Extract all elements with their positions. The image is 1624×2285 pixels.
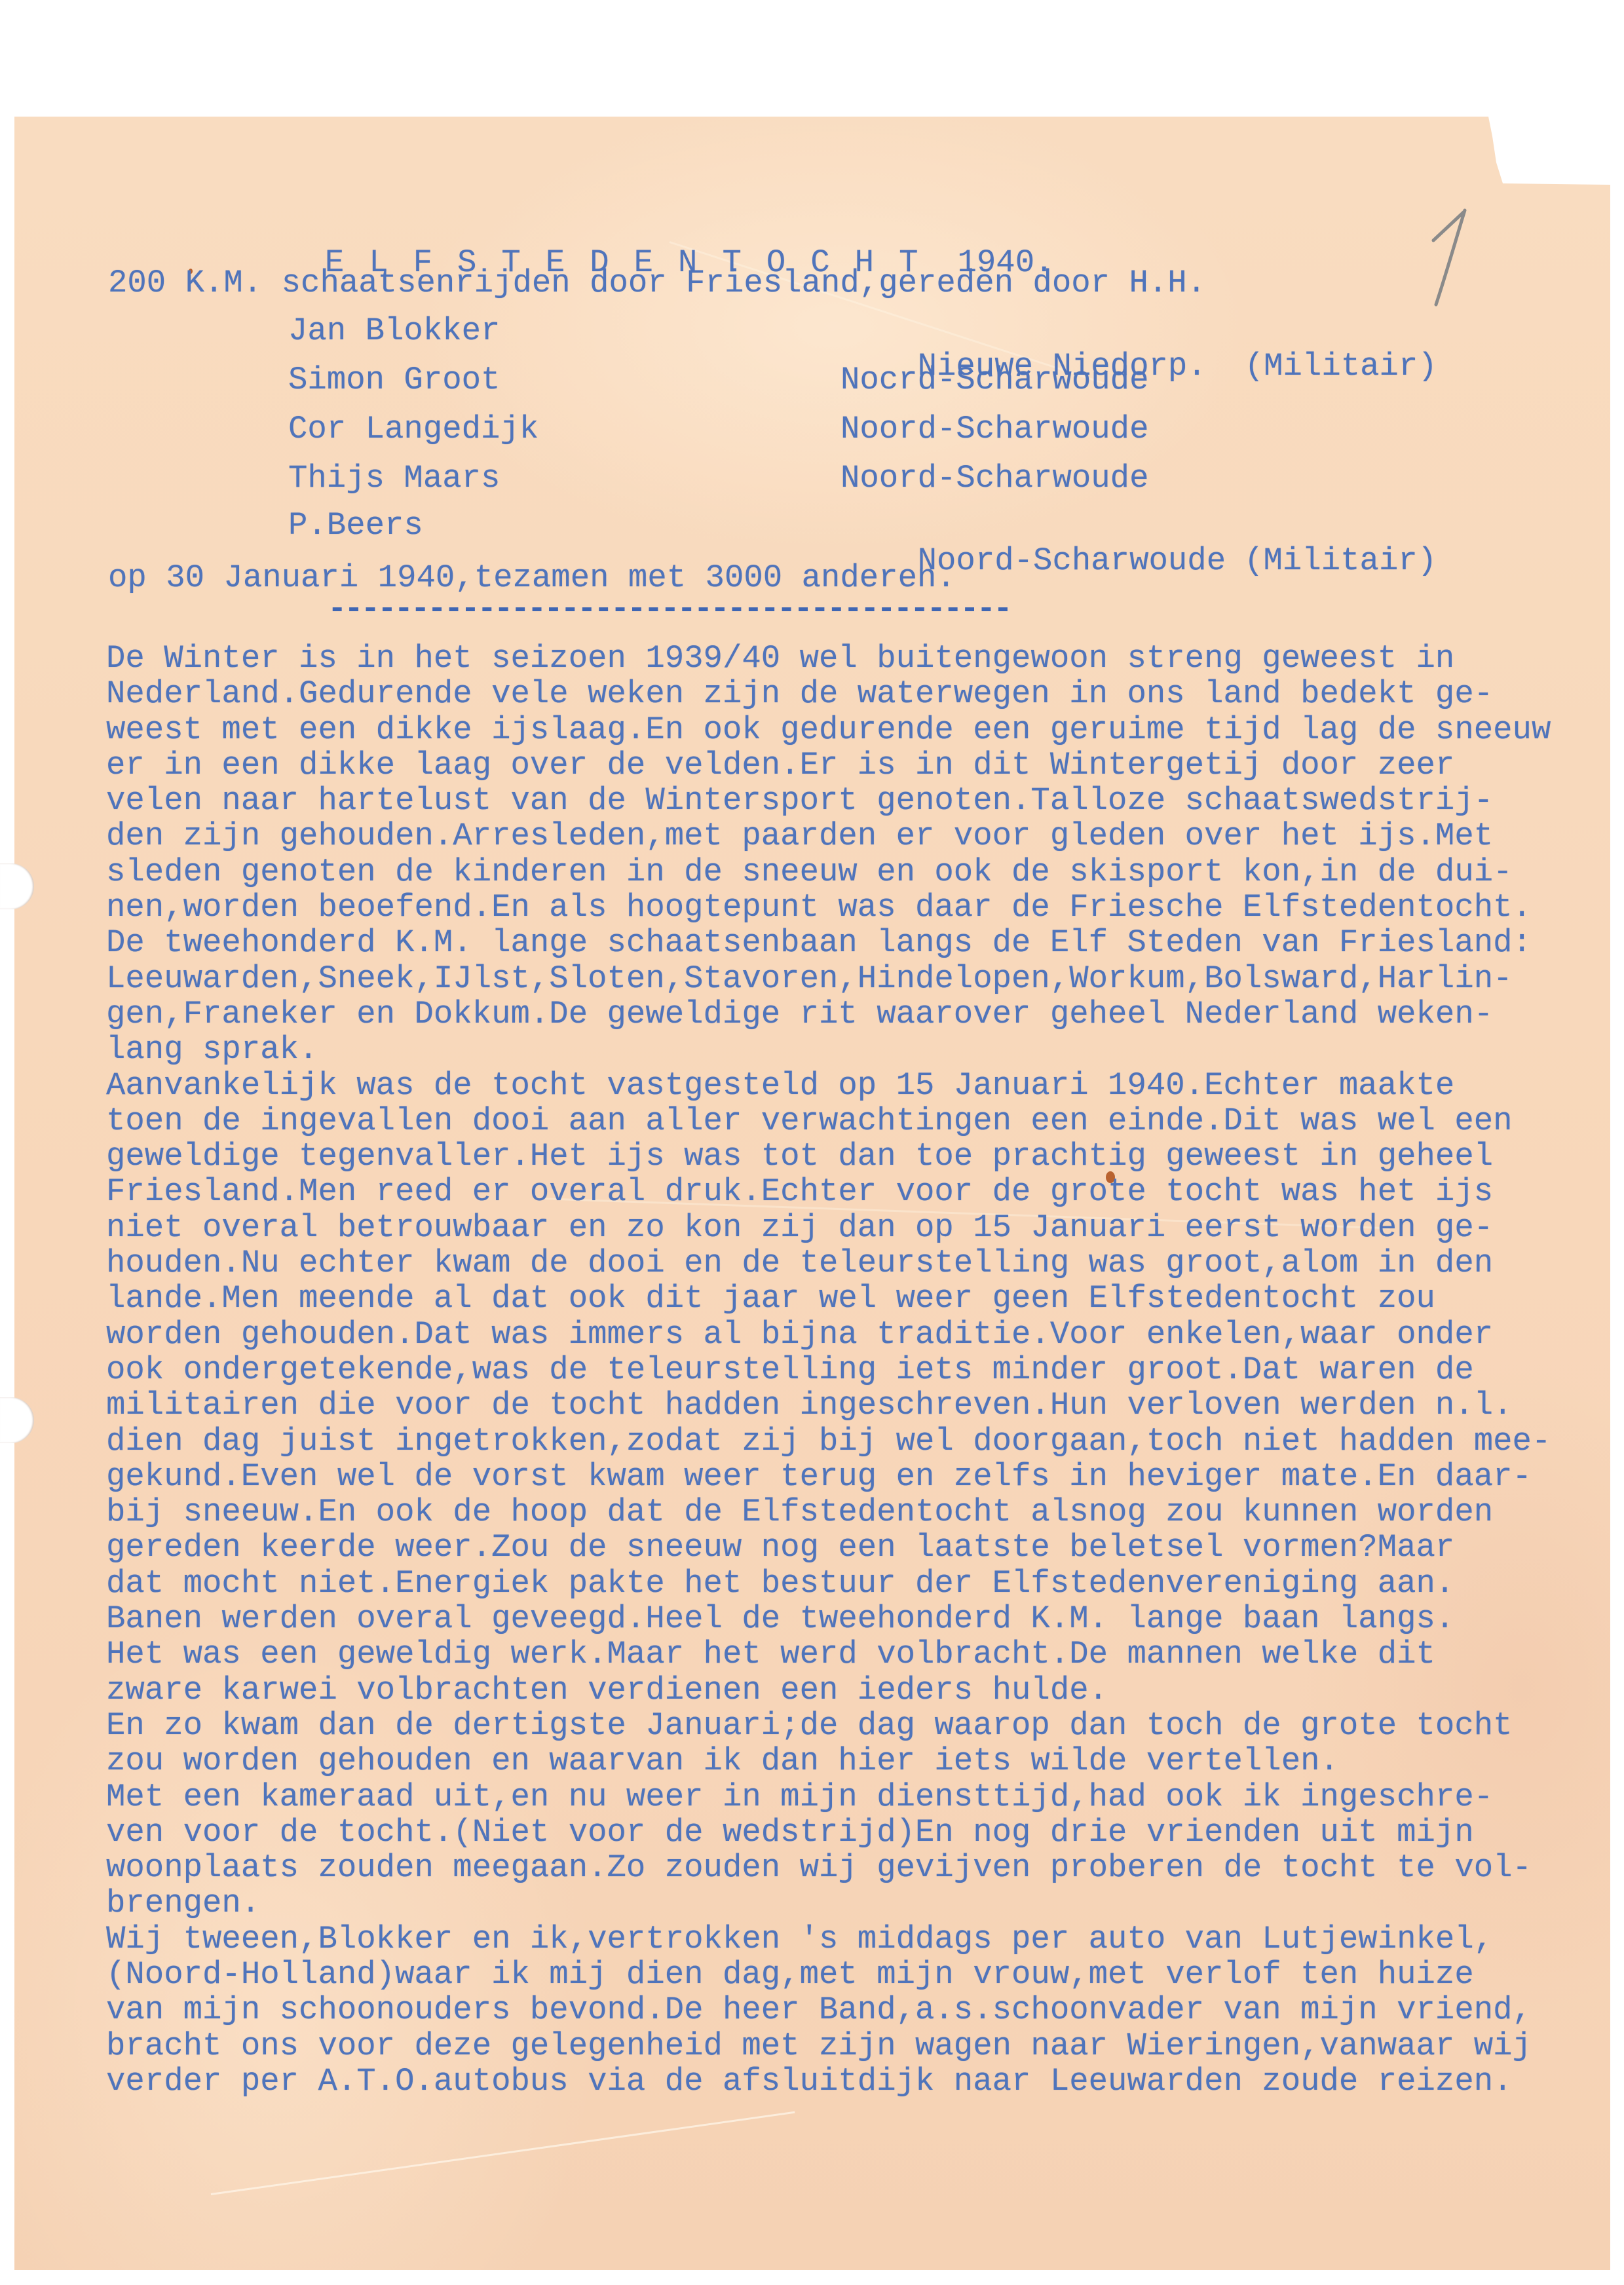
text-line: zou worden gehouden en waarvan ik dan hi… bbox=[106, 1743, 1551, 1779]
text-line: geweldige tegenvaller.Het ijs was tot da… bbox=[106, 1139, 1551, 1174]
text-line: De tweehonderd K.M. lange schaatsenbaan … bbox=[106, 925, 1551, 960]
participant-name: Simon Groot bbox=[288, 362, 500, 398]
participant-name: Thijs Maars bbox=[288, 461, 500, 496]
text-line: De Winter is in het seizoen 1939/40 wel … bbox=[106, 641, 1551, 676]
text-line: (Noord-Holland)waar ik mij dien dag,met … bbox=[106, 1957, 1551, 1992]
text-line: velen naar hartelust van de Wintersport … bbox=[106, 783, 1551, 818]
text-line: verder per A.T.O.autobus via de afsluitd… bbox=[106, 2064, 1551, 2099]
text-line: van mijn schoonouders bevond.De heer Ban… bbox=[106, 1992, 1551, 2028]
participant-name: Jan Blokker bbox=[288, 313, 500, 349]
town: Noord-Scharwoude bbox=[918, 542, 1226, 579]
typed-separator: ----------------------------------------… bbox=[328, 592, 1010, 627]
text-line: woonplaats zouden meegaan.Zo zouden wij … bbox=[106, 1850, 1551, 1885]
handwritten-page-number-icon bbox=[1428, 200, 1474, 311]
text-line: bracht ons voor deze gelegenheid met zij… bbox=[106, 2028, 1551, 2064]
text-line: Friesland.Men reed er overal druk.Echter… bbox=[106, 1174, 1551, 1209]
text-line: Banen werden overal geveegd.Heel de twee… bbox=[106, 1601, 1551, 1636]
text-line: worden gehouden.Dat was immers al bijna … bbox=[106, 1317, 1551, 1352]
text-line: dat mocht niet.Energiek pakte het bestuu… bbox=[106, 1566, 1551, 1601]
military-note: (Militair) bbox=[1244, 542, 1437, 579]
text-line: zware karwei volbrachten verdienen een i… bbox=[106, 1672, 1551, 1708]
text-line: gen,Franeker en Dokkum.De geweldige rit … bbox=[106, 996, 1551, 1032]
text-line: gekund.Even wel de vorst kwam weer terug… bbox=[106, 1459, 1551, 1494]
text-line: nen,worden beoefend.En als hoogtepunt wa… bbox=[106, 890, 1551, 925]
text-line: ook ondergetekende,was de teleurstelling… bbox=[106, 1352, 1551, 1388]
text-line: ven voor de tocht.(Niet voor de wedstrij… bbox=[106, 1815, 1551, 1850]
text-line: Leeuwarden,Sneek,IJlst,Sloten,Stavoren,H… bbox=[106, 961, 1551, 996]
text-line: Nederland.Gedurende vele weken zijn de w… bbox=[106, 676, 1551, 711]
text-line: er in een dikke laag over de velden.Er i… bbox=[106, 747, 1551, 783]
text-line: weest met een dikke ijslaag.En ook gedur… bbox=[106, 712, 1551, 747]
text-line: Wij tweeen,Blokker en ik,vertrokken 's m… bbox=[106, 1921, 1551, 1957]
subtitle: 200 K.M. schaatsenrijden door Friesland,… bbox=[108, 265, 1206, 301]
participant-town: Noord-Scharwoude bbox=[840, 461, 1148, 496]
text-line: gereden keerde weer.Zou de sneeuw nog ee… bbox=[106, 1530, 1551, 1565]
participant-town: Nocrd-Scharwoude bbox=[840, 362, 1148, 398]
text-line: toen de ingevallen dooi aan aller verwac… bbox=[106, 1103, 1551, 1139]
text-line: houden.Nu echter kwam de dooi en de tele… bbox=[106, 1245, 1551, 1281]
participant-name: Cor Langedijk bbox=[288, 411, 538, 447]
text-line: En zo kwam dan de dertigste Januari;de d… bbox=[106, 1708, 1551, 1743]
text-line: sleden genoten de kinderen in de sneeuw … bbox=[106, 854, 1551, 890]
text-line: lang sprak. bbox=[106, 1032, 1551, 1067]
text-line: bij sneeuw.En ook de hoop dat de Elfsted… bbox=[106, 1494, 1551, 1530]
participant-name: P.Beers bbox=[288, 508, 423, 543]
text-line: Met een kameraad uit,en nu weer in mijn … bbox=[106, 1779, 1551, 1815]
text-line: Het was een geweldig werk.Maar het werd … bbox=[106, 1636, 1551, 1672]
text-line: militairen die voor de tocht hadden inge… bbox=[106, 1388, 1551, 1423]
paper-crease bbox=[211, 2111, 795, 2195]
participant-town: Noord-Scharwoude bbox=[840, 411, 1148, 447]
text-line: lande.Men meende al dat ook dit jaar wel… bbox=[106, 1281, 1551, 1316]
text-line: niet overal betrouwbaar en zo kon zij da… bbox=[106, 1210, 1551, 1245]
military-note: (Militair) bbox=[1245, 348, 1437, 385]
date-line: op 30 Januari 1940,tezamen met 3000 ande… bbox=[108, 560, 956, 595]
text-line: dien dag juist ingetrokken,zodat zij bij… bbox=[106, 1424, 1551, 1459]
text-line: Aanvankelijk was de tocht vastgesteld op… bbox=[106, 1068, 1551, 1103]
body-text: De Winter is in het seizoen 1939/40 wel … bbox=[106, 641, 1551, 2099]
text-line: den zijn gehouden.Arresleden,met paarden… bbox=[106, 818, 1551, 854]
text-line: brengen. bbox=[106, 1885, 1551, 1921]
